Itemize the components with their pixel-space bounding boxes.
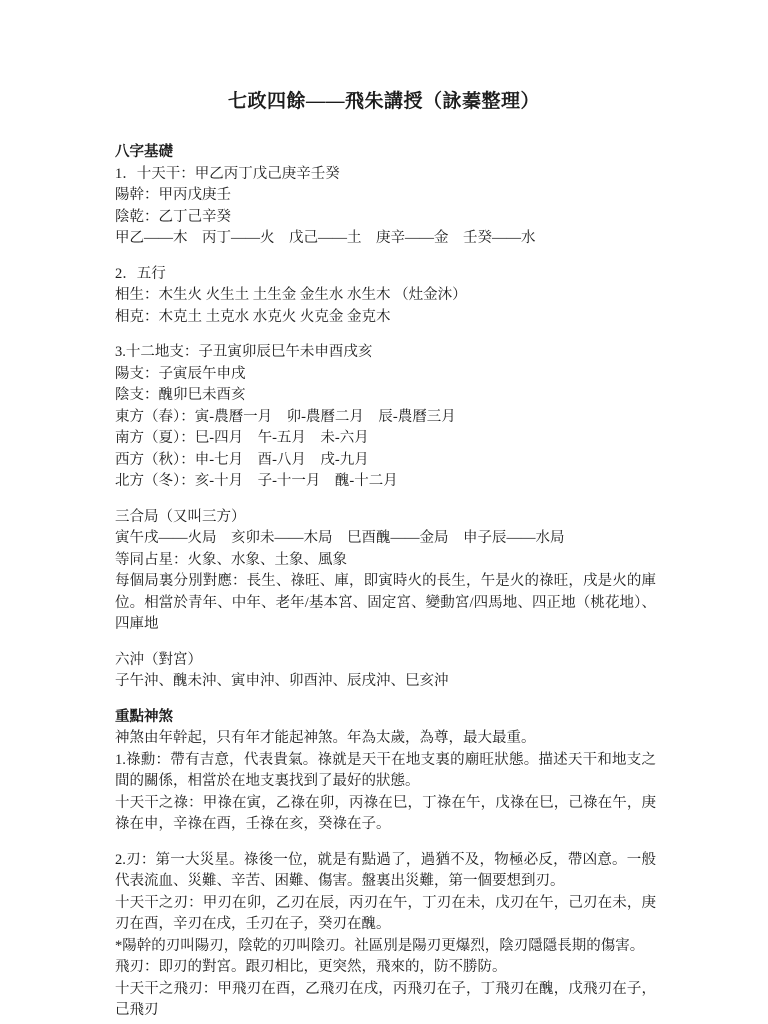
paragraph: 寅午戌——火局 亥卯未——木局 巳酉醜——金局 申子辰——水局 xyxy=(115,528,656,550)
paragraph: 北方（冬）：亥-十月 子-十一月 醜-十二月 xyxy=(115,471,656,493)
paragraph: 等同占星：火象、水象、土象、風象 xyxy=(115,550,656,572)
paragraph: 十天干之祿：甲祿在寅，乙祿在卯，丙祿在巳，丁祿在午，戊祿在巳，己祿在午，庚祿在申… xyxy=(115,793,656,836)
blank-line xyxy=(115,836,656,850)
paragraph: 2.刃：第一大災星。祿後一位，就是有點過了，過猶不及，物極必反，帶凶意。一般代表… xyxy=(115,850,656,893)
paragraph: 六沖（對宮） xyxy=(115,650,656,672)
paragraph: 子午沖、醜未沖、寅申沖、卯酉沖、辰戌沖、巳亥沖 xyxy=(115,671,656,693)
paragraph: 三合局（又叫三方） xyxy=(115,507,656,529)
paragraph: 東方（春）：寅-農曆一月 卯-農曆二月 辰-農曆三月 xyxy=(115,407,656,429)
paragraph: 相克：木克土 土克水 水克火 火克金 金克木 xyxy=(115,307,656,329)
paragraph: 甲乙——木 丙丁——火 戊己——土 庚辛——金 壬癸——水 xyxy=(115,228,656,250)
blank-line xyxy=(115,328,656,342)
blank-line xyxy=(115,693,656,707)
section-heading: 重點神煞 xyxy=(115,707,656,729)
blank-line xyxy=(115,636,656,650)
paragraph: 十天干之刃：甲刃在卯，乙刃在辰，丙刃在午，丁刃在未，戊刃在午，己刃在未，庚刃在酉… xyxy=(115,893,656,936)
blank-line xyxy=(115,250,656,264)
paragraph: 相生：木生火 火生土 土生金 金生水 水生木 （灶金沐） xyxy=(115,285,656,307)
paragraph: 每個局裏分別對應：長生、祿旺、庫，即寅時火的長生，午是火的祿旺，戌是火的庫位。相… xyxy=(115,571,656,636)
paragraph: 陽支：子寅辰午申戌 xyxy=(115,364,656,386)
paragraph: 陽幹：甲丙戊庚壬 xyxy=(115,185,656,207)
document-title: 七政四餘——飛朱講授（詠蓁整理） xyxy=(0,0,768,114)
paragraph: 陰支：醜卯巳未酉亥 xyxy=(115,385,656,407)
document-page: 七政四餘——飛朱講授（詠蓁整理） 八字基礎1．十天干：甲乙丙丁戊己庚辛壬癸陽幹：… xyxy=(0,0,768,1024)
paragraph: 南方（夏）：巳-四月 午-五月 未-六月 xyxy=(115,428,656,450)
paragraph: *陽幹的刃叫陽刃，陰乾的刃叫陰刃。社區別是陽刃更爆烈，陰刃隱隱長期的傷害。 xyxy=(115,936,656,958)
paragraph: 飛刃：即刃的對宮。跟刃相比，更突然，飛來的，防不勝防。 xyxy=(115,957,656,979)
paragraph: 2．五行 xyxy=(115,264,656,286)
document-body: 八字基礎1．十天干：甲乙丙丁戊己庚辛壬癸陽幹：甲丙戊庚壬陰乾：乙丁己辛癸甲乙——… xyxy=(115,142,656,1022)
paragraph: 神煞由年幹起，只有年才能起神煞。年為太歲，為尊，最大最重。 xyxy=(115,728,656,750)
paragraph: 十天干之飛刃：甲飛刃在酉，乙飛刃在戌，丙飛刃在子，丁飛刃在醜，戊飛刃在子，己飛刃 xyxy=(115,979,656,1022)
paragraph: 西方（秋）：申-七月 酉-八月 戌-九月 xyxy=(115,450,656,472)
paragraph: 1.祿勳：帶有吉意，代表貴氣。祿就是天干在地支裏的廟旺狀態。描述天干和地支之間的… xyxy=(115,750,656,793)
section-heading: 八字基礎 xyxy=(115,142,656,164)
blank-line xyxy=(115,493,656,507)
paragraph: 1．十天干：甲乙丙丁戊己庚辛壬癸 xyxy=(115,164,656,186)
paragraph: 陰乾：乙丁己辛癸 xyxy=(115,207,656,229)
paragraph: 3.十二地支：子丑寅卯辰巳午未申酉戌亥 xyxy=(115,342,656,364)
